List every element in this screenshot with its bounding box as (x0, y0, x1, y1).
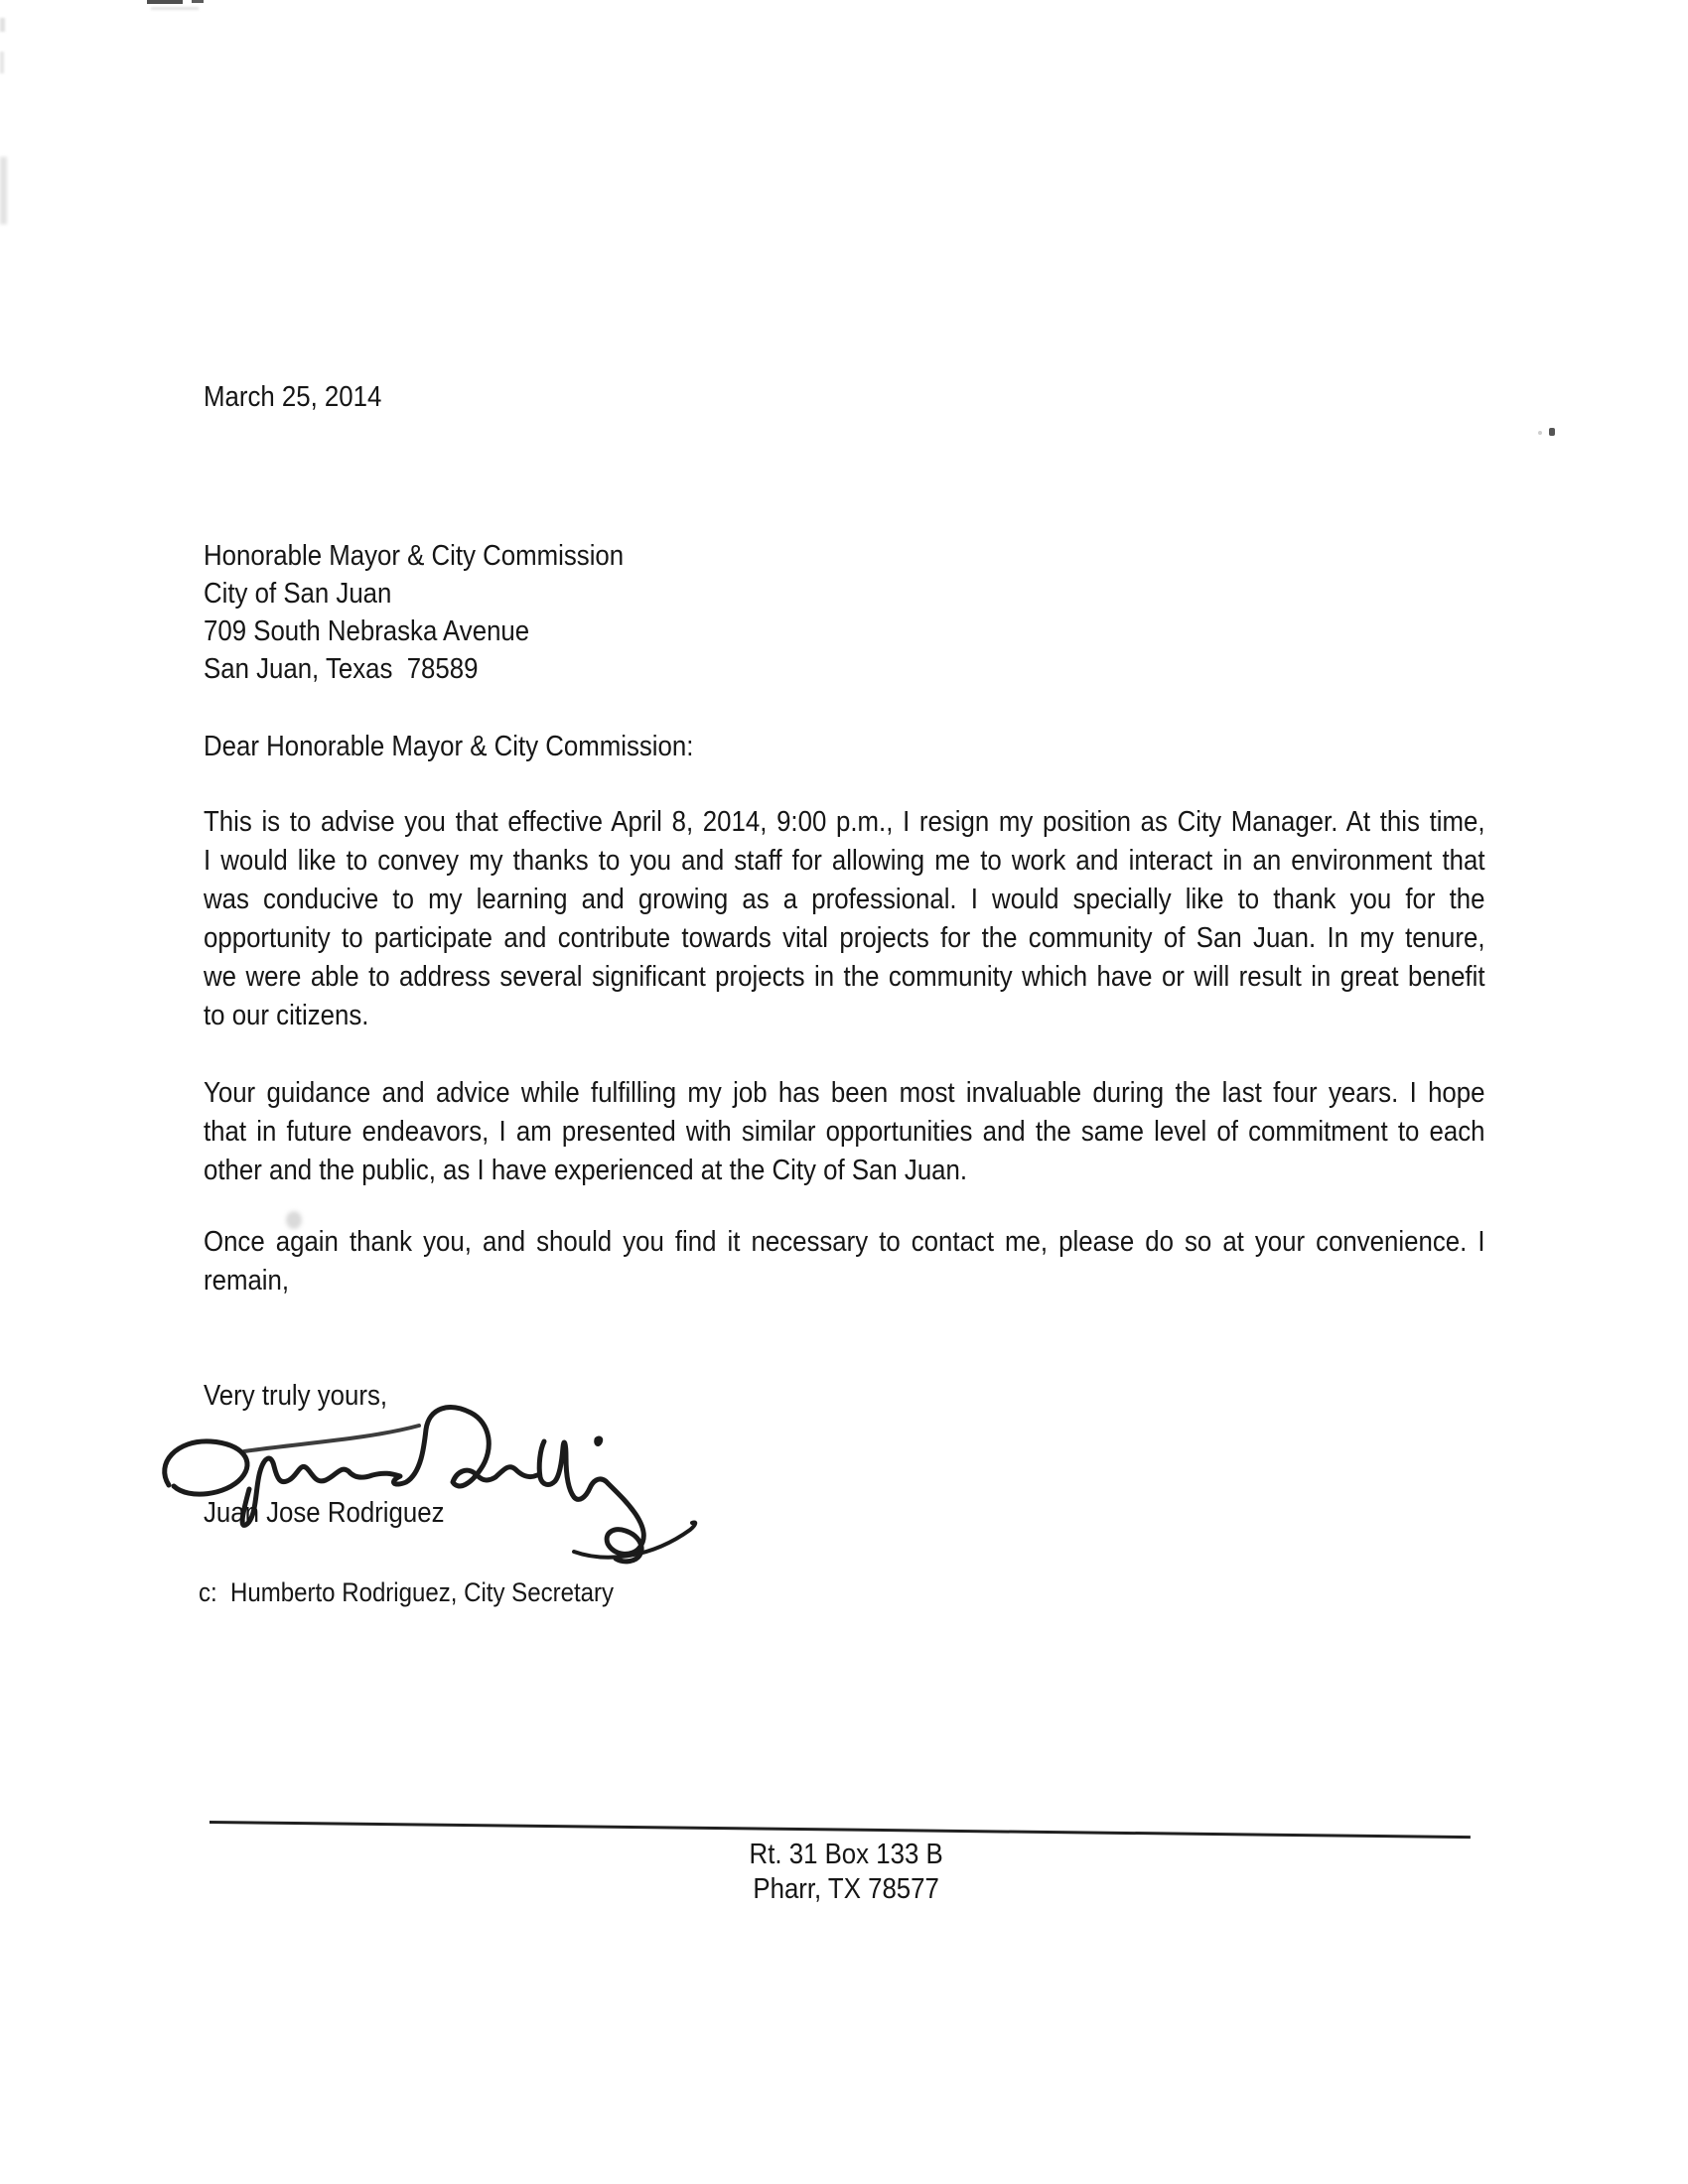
scan-artifact-left-edge-1 (0, 18, 5, 32)
body-line: remain, (204, 1262, 1485, 1300)
scan-artifact-top-mark (147, 0, 183, 4)
salutation: Dear Honorable Mayor & City Commission: (204, 728, 693, 765)
body-paragraph-1: This is to advise you that effective Apr… (204, 803, 1485, 1035)
signer-name: Juan Jose Rodriguez (204, 1494, 444, 1532)
scan-artifact-speck-light (1538, 431, 1542, 435)
body-line: we were able to address several signific… (204, 958, 1485, 997)
cc-line: c: Humberto Rodriguez, City Secretary (199, 1573, 614, 1611)
scan-artifact-top-mark-2 (192, 0, 204, 3)
recipient-line-1: Honorable Mayor & City Commission (204, 537, 624, 575)
body-line: Your guidance and advice while fulfillin… (204, 1074, 1485, 1113)
footer-address: Rt. 31 Box 133 B Pharr, TX 78577 (216, 1838, 1476, 1907)
body-line: other and the public, as I have experien… (204, 1152, 1485, 1190)
scan-artifact-speck-dark (1549, 428, 1555, 436)
signature (149, 1390, 715, 1578)
body-line: opportunity to participate and contribut… (204, 919, 1485, 958)
footer-divider (210, 1821, 1471, 1839)
letter-page: March 25, 2014 Honorable Mayor & City Co… (0, 0, 1688, 2184)
recipient-line-4: San Juan, Texas 78589 (204, 650, 624, 688)
recipient-line-2: City of San Juan (204, 575, 624, 613)
footer-line-2: Pharr, TX 78577 (216, 1872, 1476, 1907)
scan-artifact-top-shadow (151, 7, 199, 10)
body-line: was conducive to my learning and growing… (204, 881, 1485, 919)
body-line: Once again thank you, and should you fin… (204, 1223, 1485, 1262)
scan-artifact-left-edge-3 (0, 157, 7, 224)
body-line: that in future endeavors, I am presented… (204, 1113, 1485, 1152)
recipient-address: Honorable Mayor & City Commission City o… (204, 537, 624, 688)
body-paragraph-3: Once again thank you, and should you fin… (204, 1223, 1485, 1300)
body-line: This is to advise you that effective Apr… (204, 803, 1485, 842)
body-line: I would like to convey my thanks to you … (204, 842, 1485, 881)
body-line: to our citizens. (204, 997, 1485, 1035)
letter-date: March 25, 2014 (204, 378, 381, 416)
recipient-line-3: 709 South Nebraska Avenue (204, 613, 624, 650)
footer-line-1: Rt. 31 Box 133 B (216, 1838, 1476, 1872)
scan-artifact-left-edge-2 (0, 52, 4, 73)
body-paragraph-2: Your guidance and advice while fulfillin… (204, 1074, 1485, 1190)
